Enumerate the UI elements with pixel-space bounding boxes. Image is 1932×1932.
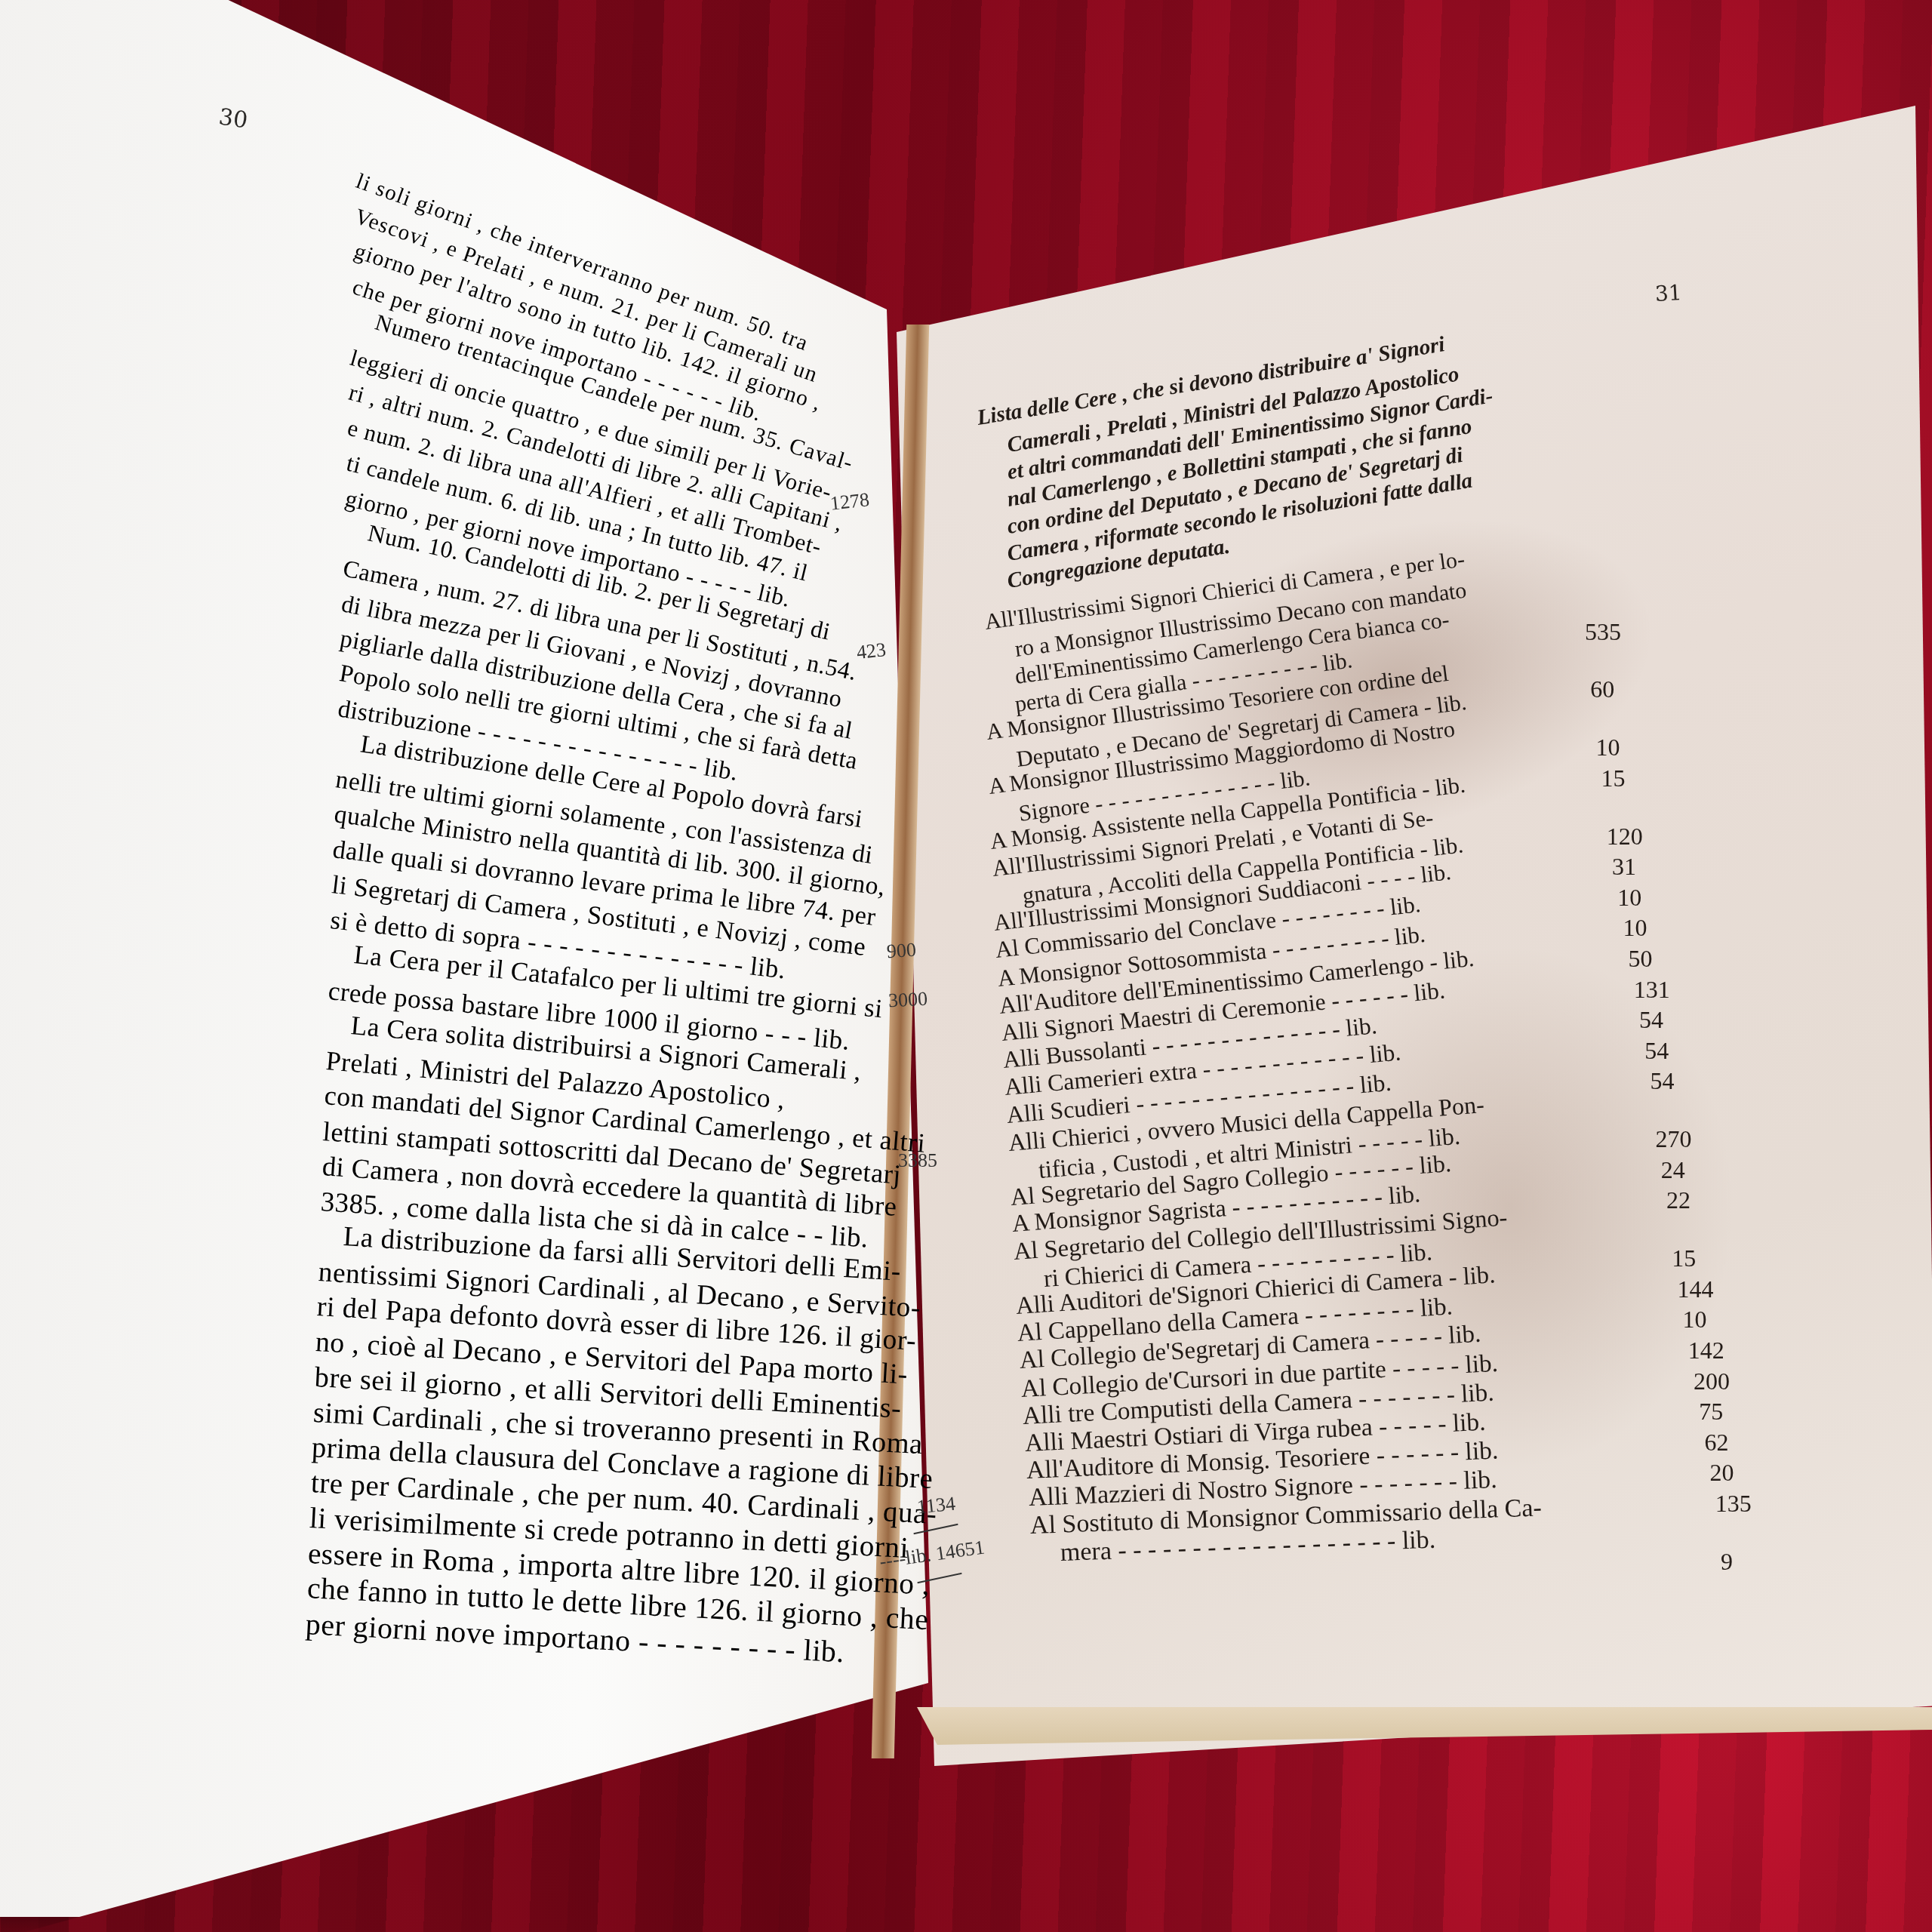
- list-entry-value: 131: [1634, 976, 1670, 1004]
- right-page-number: 31: [1654, 280, 1682, 306]
- list-entry-value: 270: [1656, 1125, 1692, 1153]
- list-entry-value: 15: [1601, 764, 1626, 792]
- list-entry-value: 120: [1607, 823, 1643, 851]
- list-entry-value: 10: [1617, 884, 1641, 912]
- list-entry-value: 54: [1644, 1037, 1669, 1065]
- margin-value: 1134: [916, 1492, 957, 1518]
- list-entry-value: 62: [1704, 1429, 1728, 1457]
- list-entry-value: 10: [1683, 1306, 1707, 1334]
- list-entry-value: 10: [1595, 734, 1620, 761]
- open-book: 30 li soli giorni , che interverranno pe…: [0, 0, 1932, 1932]
- list-entry-value: 535: [1585, 618, 1621, 646]
- list-entry-value: 15: [1672, 1244, 1696, 1272]
- margin-value: 900: [886, 939, 917, 964]
- page-fore-edge: [917, 1707, 1932, 1745]
- list-entry-value: 60: [1590, 675, 1614, 703]
- margin-value: 3385: [898, 1149, 937, 1172]
- list-entry-value: 24: [1661, 1156, 1685, 1184]
- margin-value: 423: [856, 638, 888, 664]
- list-entry-value: 135: [1715, 1490, 1752, 1518]
- list-entry-value: 200: [1694, 1367, 1730, 1395]
- list-entry-value: 54: [1650, 1067, 1674, 1095]
- list-entry-value: 9: [1721, 1548, 1733, 1576]
- left-page-number: 30: [217, 104, 250, 134]
- list-entry-value: 10: [1623, 914, 1647, 942]
- list-entry-value: 31: [1612, 853, 1636, 881]
- list-entry-value: 54: [1639, 1006, 1663, 1034]
- margin-value: 1278: [829, 488, 871, 515]
- list-entry-value: 142: [1688, 1337, 1724, 1364]
- list-entry-value: 144: [1677, 1275, 1713, 1303]
- list-entry-value: 75: [1699, 1398, 1723, 1426]
- list-entry-value: 22: [1666, 1186, 1690, 1214]
- margin-value: 3000: [888, 988, 928, 1013]
- list-entry-value: 50: [1629, 945, 1653, 973]
- list-entry-value: 20: [1710, 1459, 1734, 1487]
